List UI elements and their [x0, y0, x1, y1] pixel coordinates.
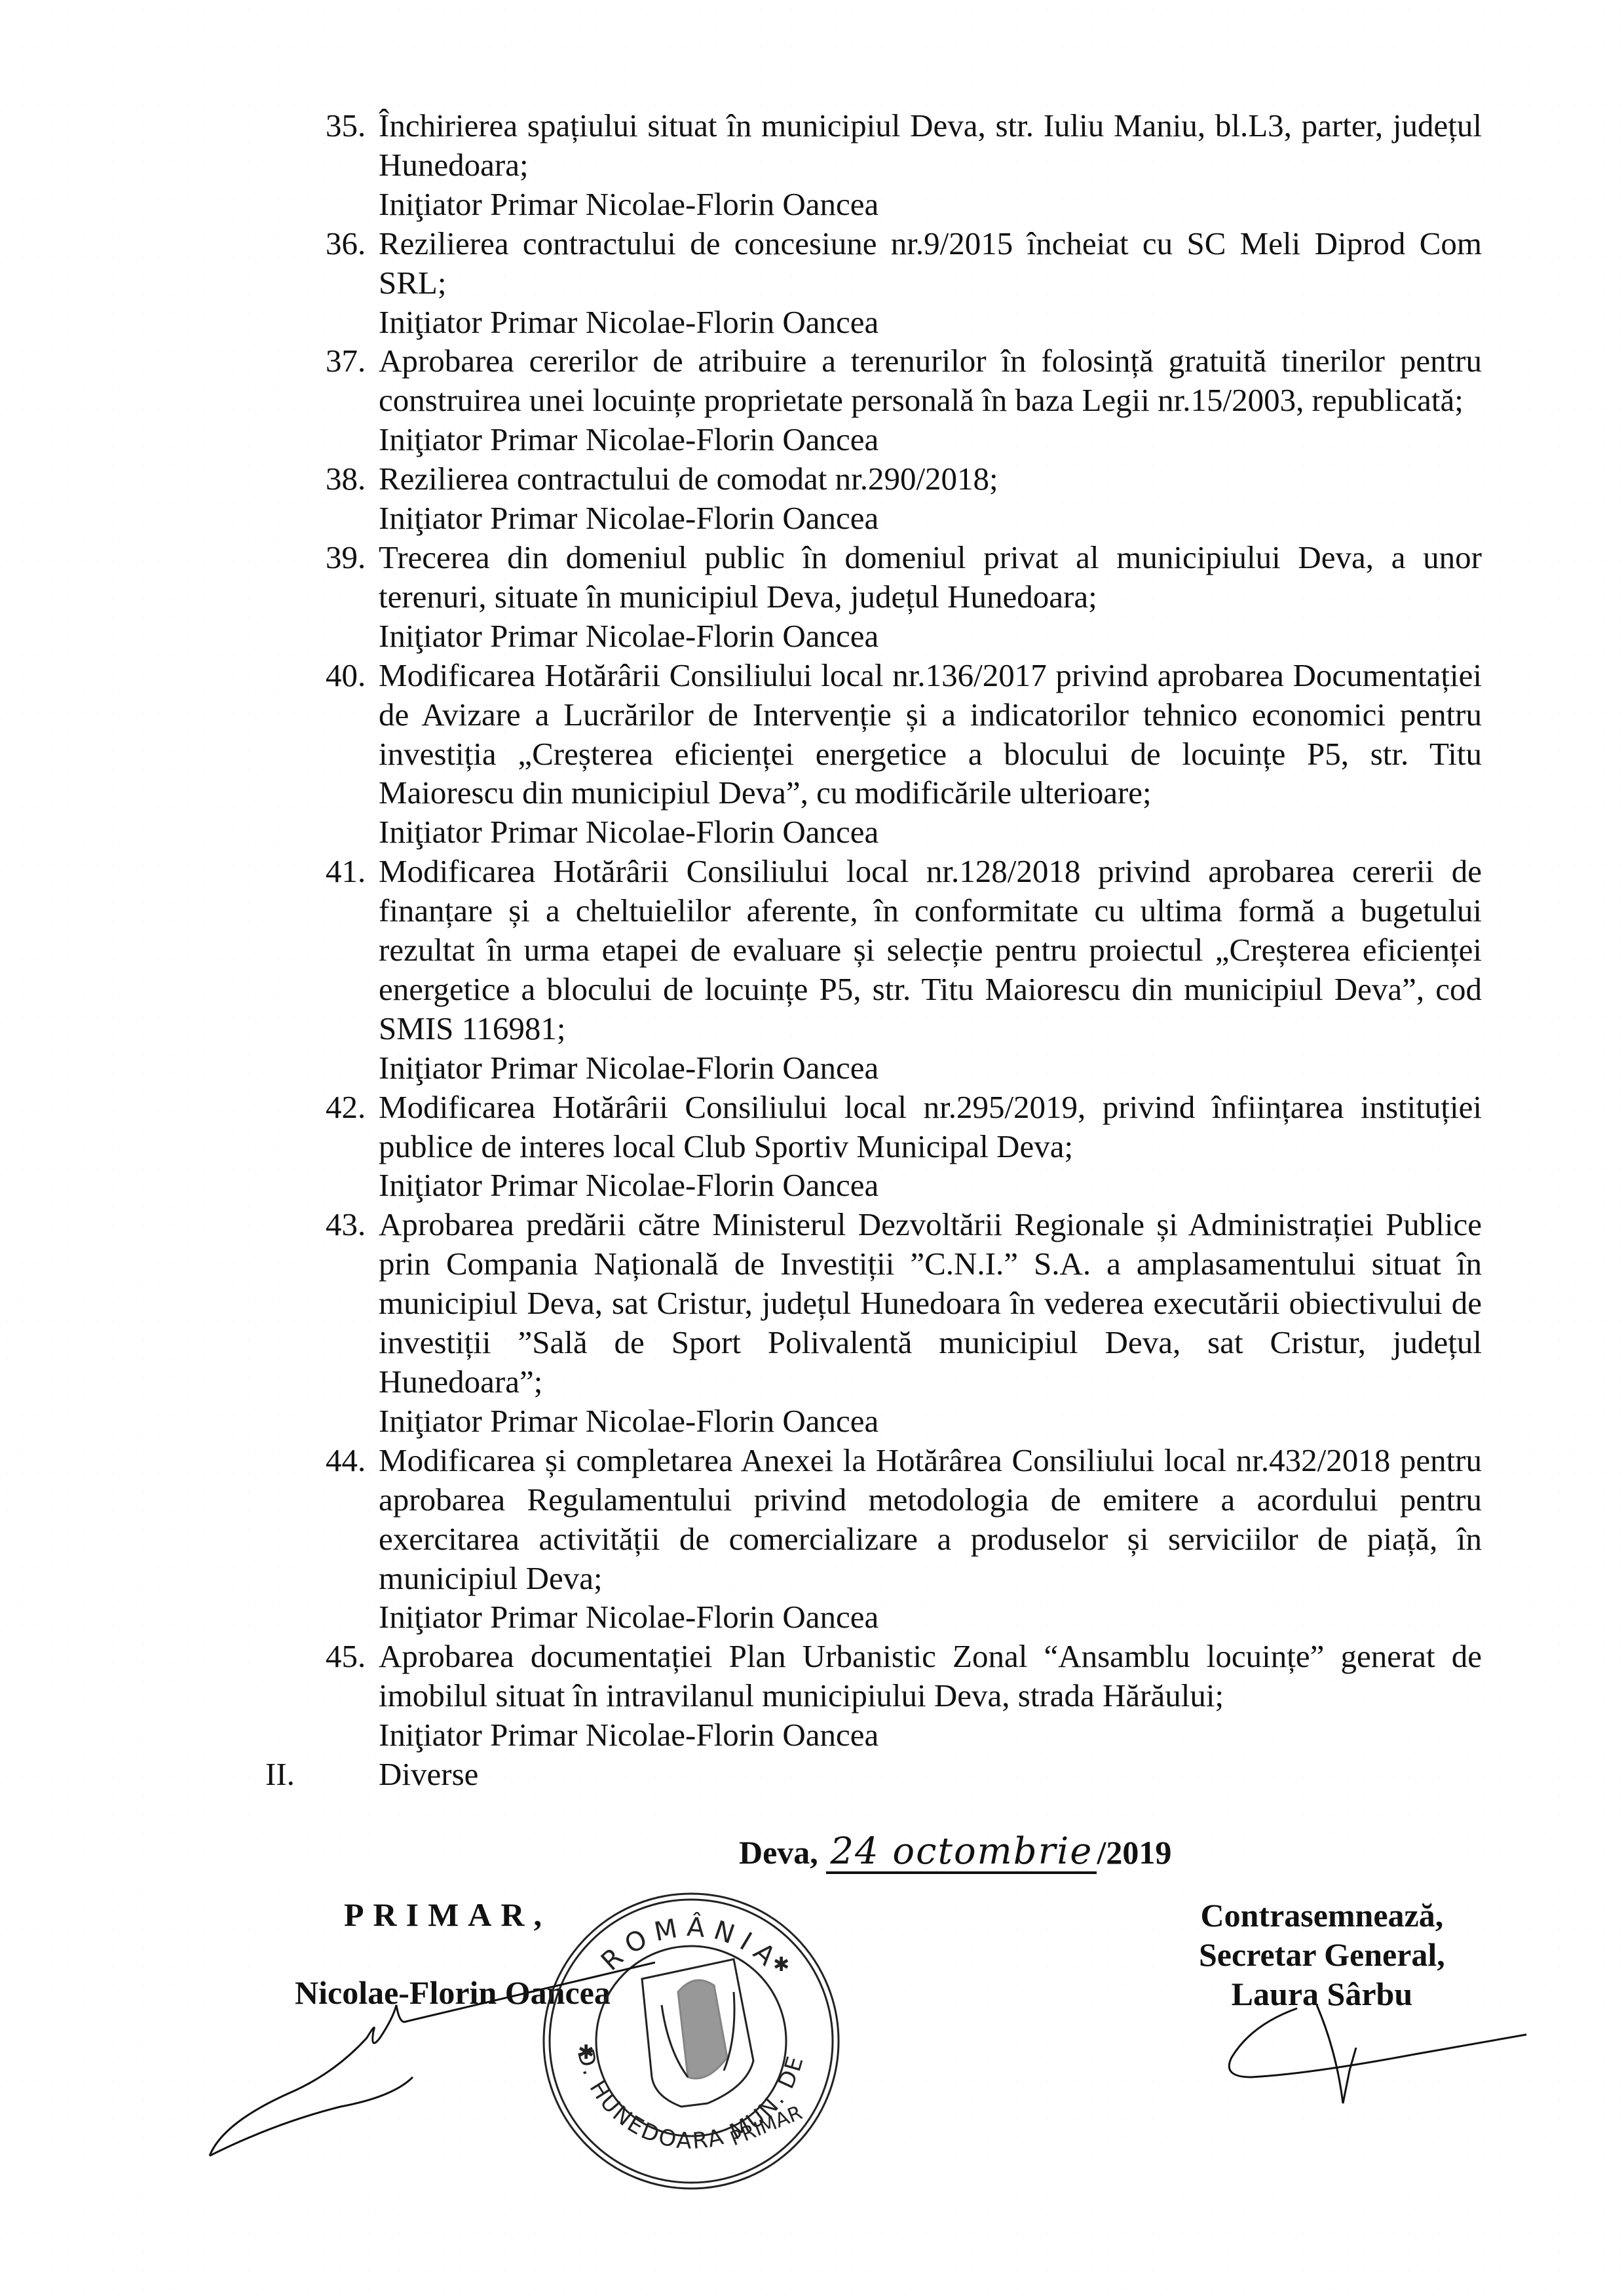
- handwritten-date: 24 octombrie: [826, 1832, 1097, 1874]
- official-stamp: ROMÂNIA JUD. HUNEDOARA MUN. DEVA PRIMAR …: [537, 1887, 845, 2195]
- item-initiator: Iniţiator Primar Nicolae-Florin Oancea: [379, 1598, 1482, 1637]
- item-number: 44.: [326, 1441, 366, 1480]
- item-text: Modificarea Hotărârii Consiliului local …: [379, 1088, 1482, 1166]
- agenda-item-44: 44. Modificarea și completarea Anexei la…: [326, 1441, 1482, 1637]
- document-page: 35. Închirierea spațiului situat în muni…: [0, 0, 1624, 2296]
- item-number: 41.: [326, 852, 366, 891]
- item-text: Aprobarea predării către Ministerul Dezv…: [379, 1205, 1482, 1402]
- item-number: 37.: [326, 341, 366, 381]
- item-initiator: Iniţiator Primar Nicolae-Florin Oancea: [379, 185, 1482, 224]
- item-initiator: Iniţiator Primar Nicolae-Florin Oancea: [379, 1048, 1482, 1088]
- item-number: 43.: [326, 1205, 366, 1244]
- section-number: II.: [265, 1755, 295, 1794]
- secretary-name: Laura Sârbu: [1199, 1974, 1445, 2014]
- agenda-item-41: 41. Modificarea Hotărârii Consiliului lo…: [326, 852, 1482, 1087]
- stamp-top-text: ROMÂNIA: [595, 1911, 787, 1977]
- item-text: Trecerea din domeniul public în domeniul…: [379, 538, 1482, 617]
- mayor-title: PRIMAR,: [344, 1896, 551, 1934]
- date-year: /2019: [1097, 1834, 1171, 1871]
- svg-text:✱: ✱: [578, 2041, 594, 2064]
- place-date: Deva, 24 octombrie/2019: [739, 1832, 1171, 1874]
- item-text: Rezilierea contractului de comodat nr.29…: [379, 459, 1482, 499]
- place-label: Deva,: [739, 1834, 818, 1871]
- item-text: Modificarea Hotărârii Consiliului local …: [379, 656, 1482, 813]
- section-label: Diverse: [379, 1756, 478, 1792]
- item-text: Aprobarea documentației Plan Urbanistic …: [379, 1637, 1482, 1715]
- secretary-signature-icon: [1225, 2005, 1553, 2136]
- item-number: 42.: [326, 1088, 366, 1127]
- item-text: Rezilierea contractului de concesiune nr…: [379, 224, 1482, 303]
- item-number: 45.: [326, 1637, 366, 1676]
- item-initiator: Iniţiator Primar Nicolae-Florin Oancea: [379, 303, 1482, 342]
- item-text: Închirierea spațiului situat în municipi…: [379, 106, 1482, 185]
- agenda-item-38: 38. Rezilierea contractului de comodat n…: [326, 459, 1482, 538]
- agenda-item-37: 37. Aprobarea cererilor de atribuire a t…: [326, 341, 1482, 459]
- agenda-item-45: 45. Aprobarea documentației Plan Urbanis…: [326, 1637, 1482, 1755]
- item-initiator: Iniţiator Primar Nicolae-Florin Oancea: [379, 617, 1482, 656]
- secretary-title: Secretar General,: [1199, 1935, 1445, 1974]
- coat-of-arms-icon: [642, 1959, 753, 2107]
- item-initiator: Iniţiator Primar Nicolae-Florin Oancea: [379, 1166, 1482, 1205]
- section-diverse: II. Diverse: [265, 1755, 1482, 1794]
- agenda-item-42: 42. Modificarea Hotărârii Consiliului lo…: [326, 1088, 1482, 1206]
- item-number: 38.: [326, 459, 366, 499]
- item-text: Modificarea și completarea Anexei la Hot…: [379, 1441, 1482, 1598]
- item-initiator: Iniţiator Primar Nicolae-Florin Oancea: [379, 420, 1482, 459]
- item-initiator: Iniţiator Primar Nicolae-Florin Oancea: [379, 1715, 1482, 1755]
- item-initiator: Iniţiator Primar Nicolae-Florin Oancea: [379, 1402, 1482, 1441]
- svg-text:✱: ✱: [773, 1953, 789, 1976]
- agenda-list: 35. Închirierea spațiului situat în muni…: [326, 106, 1482, 1794]
- item-initiator: Iniţiator Primar Nicolae-Florin Oancea: [379, 813, 1482, 852]
- agenda-item-43: 43. Aprobarea predării către Ministerul …: [326, 1205, 1482, 1440]
- countersignature-block: Contrasemnează, Secretar General, Laura …: [1199, 1896, 1445, 2014]
- item-text: Modificarea Hotărârii Consiliului local …: [379, 852, 1482, 1048]
- agenda-item-39: 39. Trecerea din domeniul public în dome…: [326, 538, 1482, 656]
- item-initiator: Iniţiator Primar Nicolae-Florin Oancea: [379, 499, 1482, 538]
- item-number: 36.: [326, 224, 366, 263]
- item-number: 35.: [326, 106, 366, 145]
- item-number: 40.: [326, 656, 366, 695]
- agenda-item-40: 40. Modificarea Hotărârii Consiliului lo…: [326, 656, 1482, 852]
- item-number: 39.: [326, 538, 366, 577]
- agenda-item-36: 36. Rezilierea contractului de concesiun…: [326, 224, 1482, 342]
- item-text: Aprobarea cererilor de atribuire a teren…: [379, 341, 1482, 420]
- countersign-label: Contrasemnează,: [1199, 1896, 1445, 1935]
- agenda-item-35: 35. Închirierea spațiului situat în muni…: [326, 106, 1482, 224]
